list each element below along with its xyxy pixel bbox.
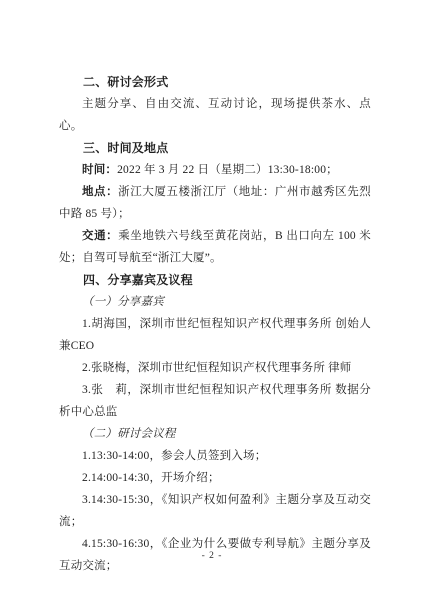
paragraph: 二、研讨会形式 (59, 71, 371, 93)
paragraph: 1.胡海国，深圳市世纪恒程知识产权代理事务所 创始人兼CEO (59, 313, 371, 357)
paragraph: 时间：2022 年 3 月 22 日（星期二）13:30-18:00； (59, 159, 371, 181)
paragraph: 主题分享、自由交流、互动讨论，现场提供茶水、点心。 (59, 93, 371, 137)
document-body: 二、研讨会形式主题分享、自由交流、互动讨论，现场提供茶水、点心。三、时间及地点时… (59, 71, 371, 577)
paragraph-label: 交通： (82, 230, 118, 242)
page-number: - 2 - (0, 549, 424, 563)
document-page: 二、研讨会形式主题分享、自由交流、互动讨论，现场提供茶水、点心。三、时间及地点时… (0, 0, 424, 600)
paragraph: 2.张晓梅，深圳市世纪恒程知识产权代理事务所 律师 (59, 357, 371, 379)
paragraph: 2.14:00-14:30，开场介绍； (59, 467, 371, 489)
paragraph-label: 地点： (82, 186, 118, 198)
paragraph: 1.13:30-14:00，参会人员签到入场； (59, 445, 371, 467)
paragraph-label: 时间： (82, 164, 117, 176)
paragraph: 地点：浙江大厦五楼浙江厅（地址：广州市越秀区先烈中路 85 号）； (59, 181, 371, 225)
paragraph: （一）分享嘉宾 (59, 291, 371, 313)
paragraph: 三、时间及地点 (59, 137, 371, 159)
paragraph: 四、分享嘉宾及议程 (59, 269, 371, 291)
paragraph: 3.14:30-15:30，《知识产权如何盈利》主题分享及互动交流； (59, 489, 371, 533)
paragraph: 交通：乘坐地铁六号线至黄花岗站，B 出口向左 100 米处；自驾可导航至“浙江大… (59, 225, 371, 269)
paragraph: 3.张 莉，深圳市世纪恒程知识产权代理事务所 数据分析中心总监 (59, 379, 371, 423)
paragraph: （二）研讨会议程 (59, 423, 371, 445)
